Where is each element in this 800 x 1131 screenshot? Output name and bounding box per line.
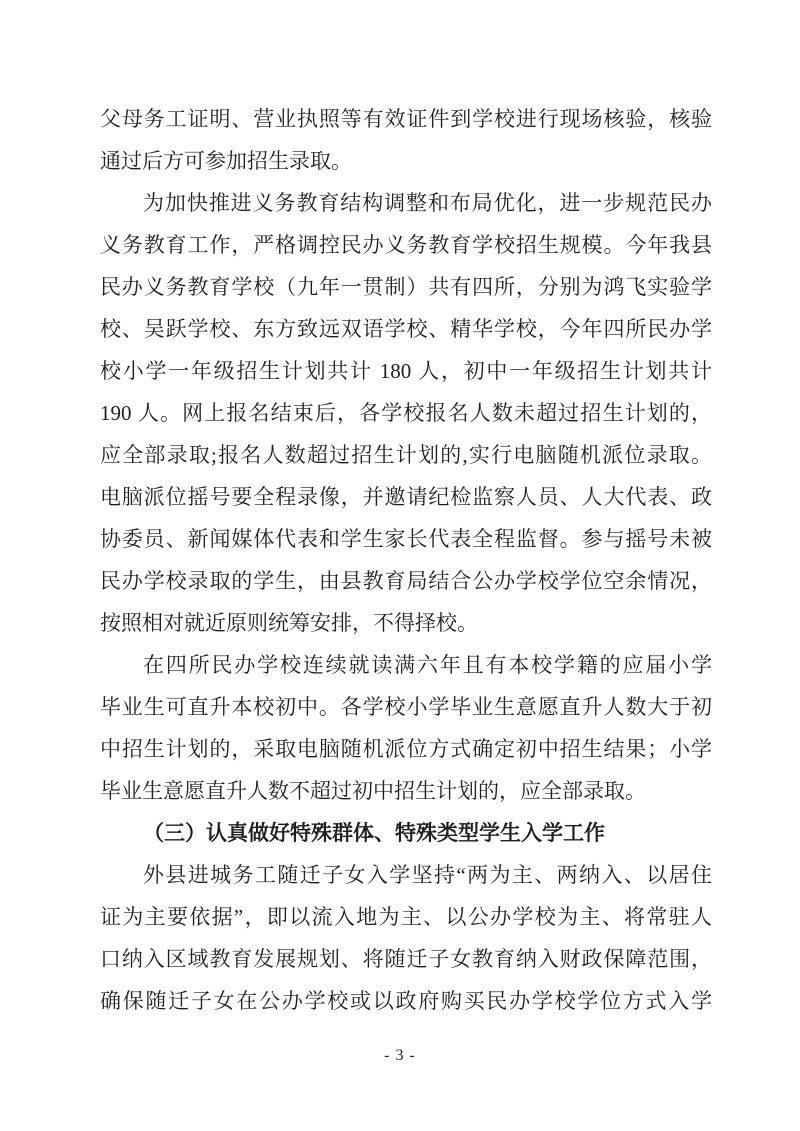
text-line: 电脑派位摇号要全程录像，并邀请纪检监察人员、人大代表、政 (100, 476, 712, 518)
text-line: 证为主要依据”，即以流入地为主、以公办学校为主、将常驻人 (100, 896, 712, 938)
text-line: 按照相对就近原则统筹安排，不得择校。 (100, 602, 712, 644)
text-line: 外县进城务工随迁子女入学坚持“两为主、两纳入、以居住 (100, 854, 712, 896)
text-line: 民办义务教育学校（九年一贯制）共有四所，分别为鸿飞实验学 (100, 266, 712, 308)
text-line: 中招生计划的，采取电脑随机派位方式确定初中招生结果；小学 (100, 728, 712, 770)
text-line: 民办学校录取的学生，由县教育局结合公办学校学位空余情况， (100, 560, 712, 602)
page-number: - 3 - (0, 1046, 800, 1066)
section-heading: （三）认真做好特殊群体、特殊类型学生入学工作 (100, 812, 712, 854)
text-line: 校、吴跃学校、东方致远双语学校、精华学校，今年四所民办学 (100, 308, 712, 350)
text-line: 校小学一年级招生计划共计 180 人，初中一年级招生计划共计 (100, 350, 712, 392)
text-line: 毕业生可直升本校初中。各学校小学毕业生意愿直升人数大于初 (100, 686, 712, 728)
text-line: 协委员、新闻媒体代表和学生家长代表全程监督。参与摇号未被 (100, 518, 712, 560)
text-line: 义务教育工作，严格调控民办义务教育学校招生规模。今年我县 (100, 224, 712, 266)
text-line: 父母务工证明、营业执照等有效证件到学校进行现场核验，核验 (100, 98, 712, 140)
text-line: 190 人。网上报名结束后，各学校报名人数未超过招生计划的， (100, 392, 712, 434)
document-page: 父母务工证明、营业执照等有效证件到学校进行现场核验，核验通过后方可参加招生录取。… (0, 0, 800, 1131)
text-line: 确保随迁子女在公办学校或以政府购买民办学校学位方式入学 (100, 980, 712, 1022)
text-block: 父母务工证明、营业执照等有效证件到学校进行现场核验，核验通过后方可参加招生录取。… (100, 98, 712, 1022)
text-line: 毕业生意愿直升人数不超过初中招生计划的，应全部录取。 (100, 770, 712, 812)
text-line: 通过后方可参加招生录取。 (100, 140, 712, 182)
text-line: 在四所民办学校连续就读满六年且有本校学籍的应届小学 (100, 644, 712, 686)
text-line: 口纳入区域教育发展规划、将随迁子女教育纳入财政保障范围， (100, 938, 712, 980)
text-line: 为加快推进义务教育结构调整和布局优化，进一步规范民办 (100, 182, 712, 224)
text-line: 应全部录取;报名人数超过招生计划的,实行电脑随机派位录取。 (100, 434, 712, 476)
